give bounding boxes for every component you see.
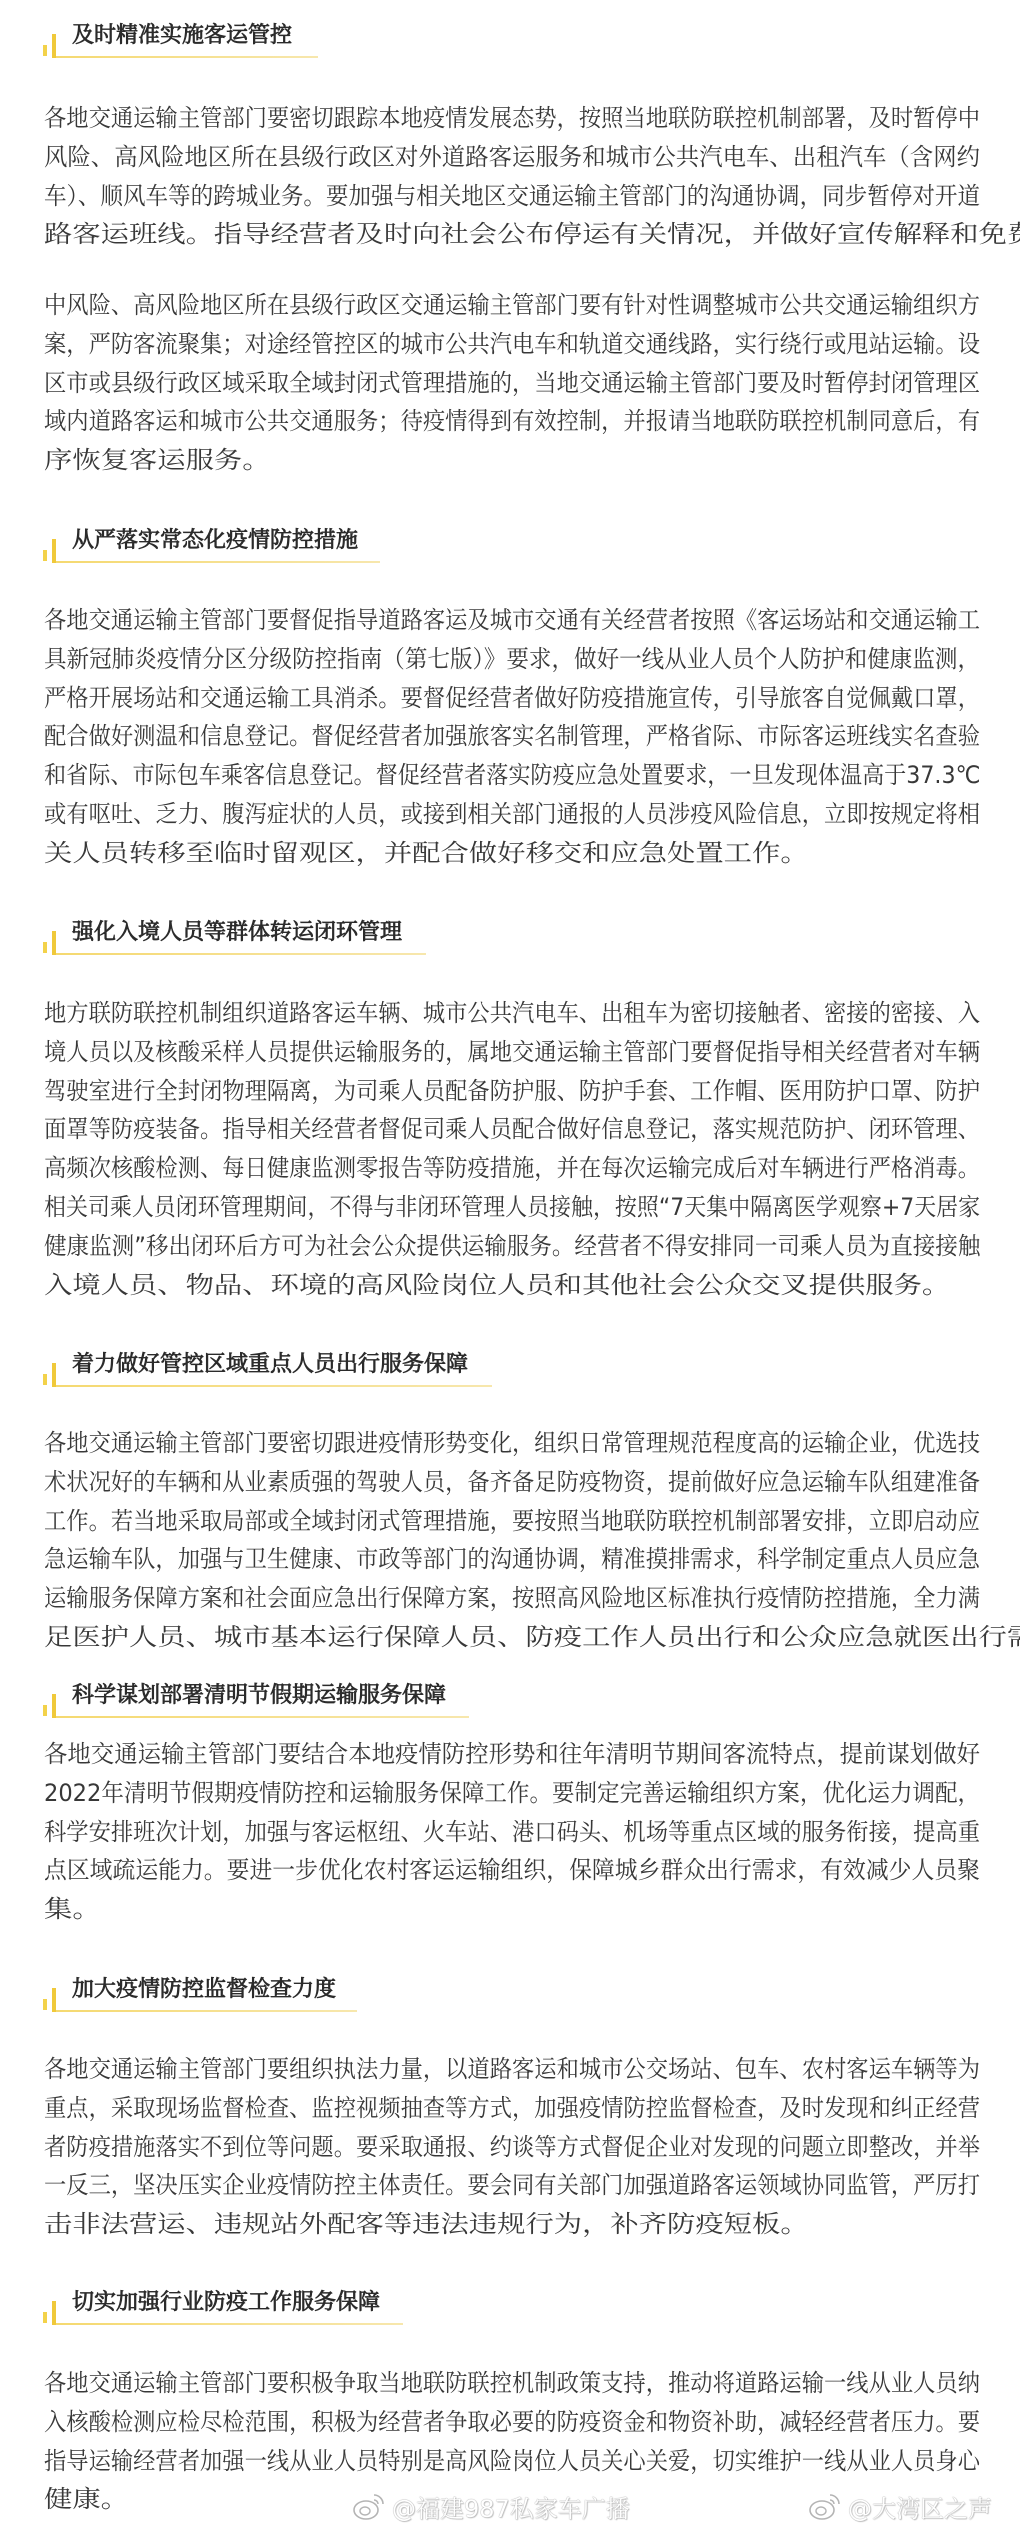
paragraph-line: 高频次核酸检测、每日健康监测零报告等防疫措施，并在每次运输完成后对车辆进行严格消… [44, 1149, 980, 1187]
section-heading: 科学谋划部署清明节假期运输服务保障 [42, 1674, 475, 1718]
paragraph-line: 驾驶室进行全封闭物理隔离，为司乘人员配备防护服、防护手套、工作帽、医用防护口罩、… [44, 1072, 980, 1110]
watermark-fujian987: @福建987私家车广播 [352, 2488, 630, 2524]
accent-bar-icon [52, 539, 56, 563]
section-heading: 从严落实常态化疫情防控措施 [42, 519, 386, 563]
paragraph-line: 各地交通运输主管部门要密切跟进疫情形势变化，组织日常管理规范程度高的运输企业，优… [44, 1424, 980, 1462]
paragraph-line: 一反三，坚决压实企业疫情防控主体责任。要会同有关部门加强道路客运领域协同监管，严… [44, 2166, 980, 2204]
paragraph-line: 集。 [44, 1890, 101, 1928]
paragraph-line: 击非法营运、违规站外配客等违法违规行为，补齐防疫短板。 [44, 2205, 809, 2243]
paragraph-line: 配合做好测温和信息登记。督促经营者加强旅客实名制管理，严格省际、市际客运班线实名… [44, 717, 980, 755]
accent-bar-icon [52, 1988, 56, 2012]
heading-underline [56, 2010, 357, 2012]
watermark-text: @大湾区之声 [848, 2489, 992, 2524]
paragraph-line: 健康监测”移出闭环后方可为社会公众提供运输服务。经营者不得安排同一司乘人员为直接… [44, 1227, 980, 1265]
paragraph-line: 各地交通运输主管部门要结合本地疫情防控形势和往年清明节期间客流特点，提前谋划做好 [44, 1735, 980, 1773]
paragraph-line: 入境人员、物品、环境的高风险岗位人员和其他社会公众交叉提供服务。 [44, 1266, 950, 1304]
paragraph-line: 重点，采取现场监督检查、监控视频抽查等方式，加强疫情防控监督检查，及时发现和纠正… [44, 2089, 980, 2127]
paragraph-line: 面罩等防疫装备。指导相关经营者督促司乘人员配合做好信息登记，落实规范防护、闭环管… [44, 1110, 980, 1148]
accent-bar-icon [43, 1999, 47, 2010]
section-title: 切实加强行业防疫工作服务保障 [72, 2285, 380, 2316]
section-title: 加大疫情防控监督检查力度 [72, 1972, 336, 2003]
weibo-logo-icon [352, 2491, 386, 2521]
paragraph-line: 序恢复客运服务。 [44, 441, 271, 479]
watermark-dawanqu: @大湾区之声 [808, 2488, 992, 2524]
section-title: 从严落实常态化疫情防控措施 [72, 523, 358, 554]
section-heading: 及时精准实施客运管控 [42, 14, 324, 58]
article-page: 及时精准实施客运管控各地交通运输主管部门要密切跟踪本地疫情发展态势，按照当地联防… [0, 0, 1020, 2530]
watermark-text: @福建987私家车广播 [392, 2489, 630, 2524]
paragraph-line: 境人员以及核酸采样人员提供运输服务的，属地交通运输主管部门要督促指导相关经营者对… [44, 1033, 980, 1071]
heading-underline [56, 2323, 403, 2325]
paragraph-line: 车）、顺风车等的跨城业务。要加强与相关地区交通运输主管部门的沟通协调，同步暂停对… [44, 177, 980, 215]
accent-bar-icon [52, 931, 56, 955]
paragraph-line: 地方联防联控机制组织道路客运车辆、城市公共汽电车、出租车为密切接触者、密接的密接… [44, 994, 980, 1032]
heading-underline [56, 1385, 492, 1387]
paragraph-line: 指导运输经营者加强一线从业人员特别是高风险岗位人员关心关爱，切实维护一线从业人员… [44, 2442, 980, 2480]
accent-bar-icon [43, 550, 47, 561]
paragraph-line: 中风险、高风险地区所在县级行政区交通运输主管部门要有针对性调整城市公共交通运输组… [44, 286, 980, 324]
paragraph-line: 足医护人员、城市基本运行保障人员、防疫工作人员出行和公众应急就医出行需要。 [44, 1618, 1020, 1656]
paragraph-line: 和省际、市际包车乘客信息登记。督促经营者落实防疫应急处置要求，一旦发现体温高于3… [44, 756, 980, 794]
paragraph-line: 路客运班线。指导经营者及时向社会公布停运有关情况，并做好宣传解释和免费退票服务。 [44, 215, 1020, 253]
section-title: 强化入境人员等群体转运闭环管理 [72, 915, 402, 946]
heading-underline [56, 953, 426, 955]
paragraph-line: 域内道路客运和城市公共交通服务；待疫情得到有效控制，并报请当地联防联控机制同意后… [44, 402, 980, 440]
paragraph-line: 具新冠肺炎疫情分区分级防控指南（第七版）》要求，做好一线从业人员个人防护和健康监… [44, 640, 980, 678]
paragraph-line: 急运输车队，加强与卫生健康、市政等部门的沟通协调，精准摸排需求，科学制定重点人员… [44, 1540, 980, 1578]
paragraph-line: 各地交通运输主管部门要督促指导道路客运及城市交通有关经营者按照《客运场站和交通运… [44, 601, 980, 639]
paragraph-line: 工作。若当地采取局部或全域封闭式管理措施，要按照当地联防联控机制部署安排，立即启… [44, 1502, 980, 1540]
paragraph-line: 区市或县级行政区域采取全域封闭式管理措施的，当地交通运输主管部门要及时暂停封闭管… [44, 364, 980, 402]
paragraph-line: 各地交通运输主管部门要积极争取当地联防联控机制政策支持，推动将道路运输一线从业人… [44, 2364, 980, 2402]
accent-bar-icon [52, 2301, 56, 2325]
paragraph-line: 者防疫措施落实不到位等问题。要采取通报、约谈等方式督促企业对发现的问题立即整改，… [44, 2128, 980, 2166]
heading-underline [56, 561, 380, 563]
section-heading: 强化入境人员等群体转运闭环管理 [42, 911, 432, 955]
paragraph-line: 术状况好的车辆和从业素质强的驾驶人员，备齐备足防疫物资，提前做好应急运输车队组建… [44, 1463, 980, 1501]
accent-bar-icon [43, 1374, 47, 1385]
paragraph-line: 严格开展场站和交通运输工具消杀。要督促经营者做好防疫措施宣传，引导旅客自觉佩戴口… [44, 679, 980, 717]
accent-bar-icon [43, 1705, 47, 1716]
paragraph-line: 2022年清明节假期疫情防控和运输服务保障工作。要制定完善运输组织方案，优化运力… [44, 1774, 980, 1812]
accent-bar-icon [43, 2312, 47, 2323]
heading-underline [56, 56, 318, 58]
accent-bar-icon [52, 34, 56, 58]
paragraph-line: 科学安排班次计划，加强与客运枢纽、火车站、港口码头、机场等重点区域的服务衔接，提… [44, 1813, 980, 1851]
weibo-logo-icon [808, 2491, 842, 2521]
paragraph-line: 关人员转移至临时留观区，并配合做好移交和应急处置工作。 [44, 834, 809, 872]
heading-underline [56, 1716, 469, 1718]
paragraph-line: 风险、高风险地区所在县级行政区对外道路客运服务和城市公共汽电车、出租汽车（含网约 [44, 138, 980, 176]
section-title: 及时精准实施客运管控 [72, 18, 292, 49]
paragraph-line: 相关司乘人员闭环管理期间，不得与非闭环管理人员接触，按照“7天集中隔离医学观察+… [44, 1188, 980, 1226]
paragraph-line: 入核酸检测应检尽检范围，积极为经营者争取必要的防疫资金和物资补助，减轻经营者压力… [44, 2403, 980, 2441]
section-heading: 着力做好管控区域重点人员出行服务保障 [42, 1343, 498, 1387]
paragraph-line: 案，严防客流聚集；对途经管控区的城市公共汽电车和轨道交通线路，实行绕行或甩站运输… [44, 325, 980, 363]
paragraph-line: 点区域疏运能力。要进一步优化农村客运运输组织，保障城乡群众出行需求，有效减少人员… [44, 1851, 980, 1889]
paragraph-line: 或有呕吐、乏力、腹泻症状的人员，或接到相关部门通报的人员涉疫风险信息，立即按规定… [44, 795, 980, 833]
section-title: 科学谋划部署清明节假期运输服务保障 [72, 1678, 446, 1709]
paragraph-line: 各地交通运输主管部门要密切跟踪本地疫情发展态势，按照当地联防联控机制部署，及时暂… [44, 99, 980, 137]
accent-bar-icon [52, 1363, 56, 1387]
accent-bar-icon [43, 942, 47, 953]
paragraph-line: 健康。 [44, 2480, 129, 2518]
section-heading: 加大疫情防控监督检查力度 [42, 1968, 363, 2012]
section-heading: 切实加强行业防疫工作服务保障 [42, 2281, 409, 2325]
accent-bar-icon [43, 45, 47, 56]
section-title: 着力做好管控区域重点人员出行服务保障 [72, 1347, 468, 1378]
paragraph-line: 运输服务保障方案和社会面应急出行保障方案，按照高风险地区标准执行疫情防控措施，全… [44, 1579, 980, 1617]
accent-bar-icon [52, 1694, 56, 1718]
paragraph-line: 各地交通运输主管部门要组织执法力量，以道路客运和城市公交场站、包车、农村客运车辆… [44, 2050, 980, 2088]
